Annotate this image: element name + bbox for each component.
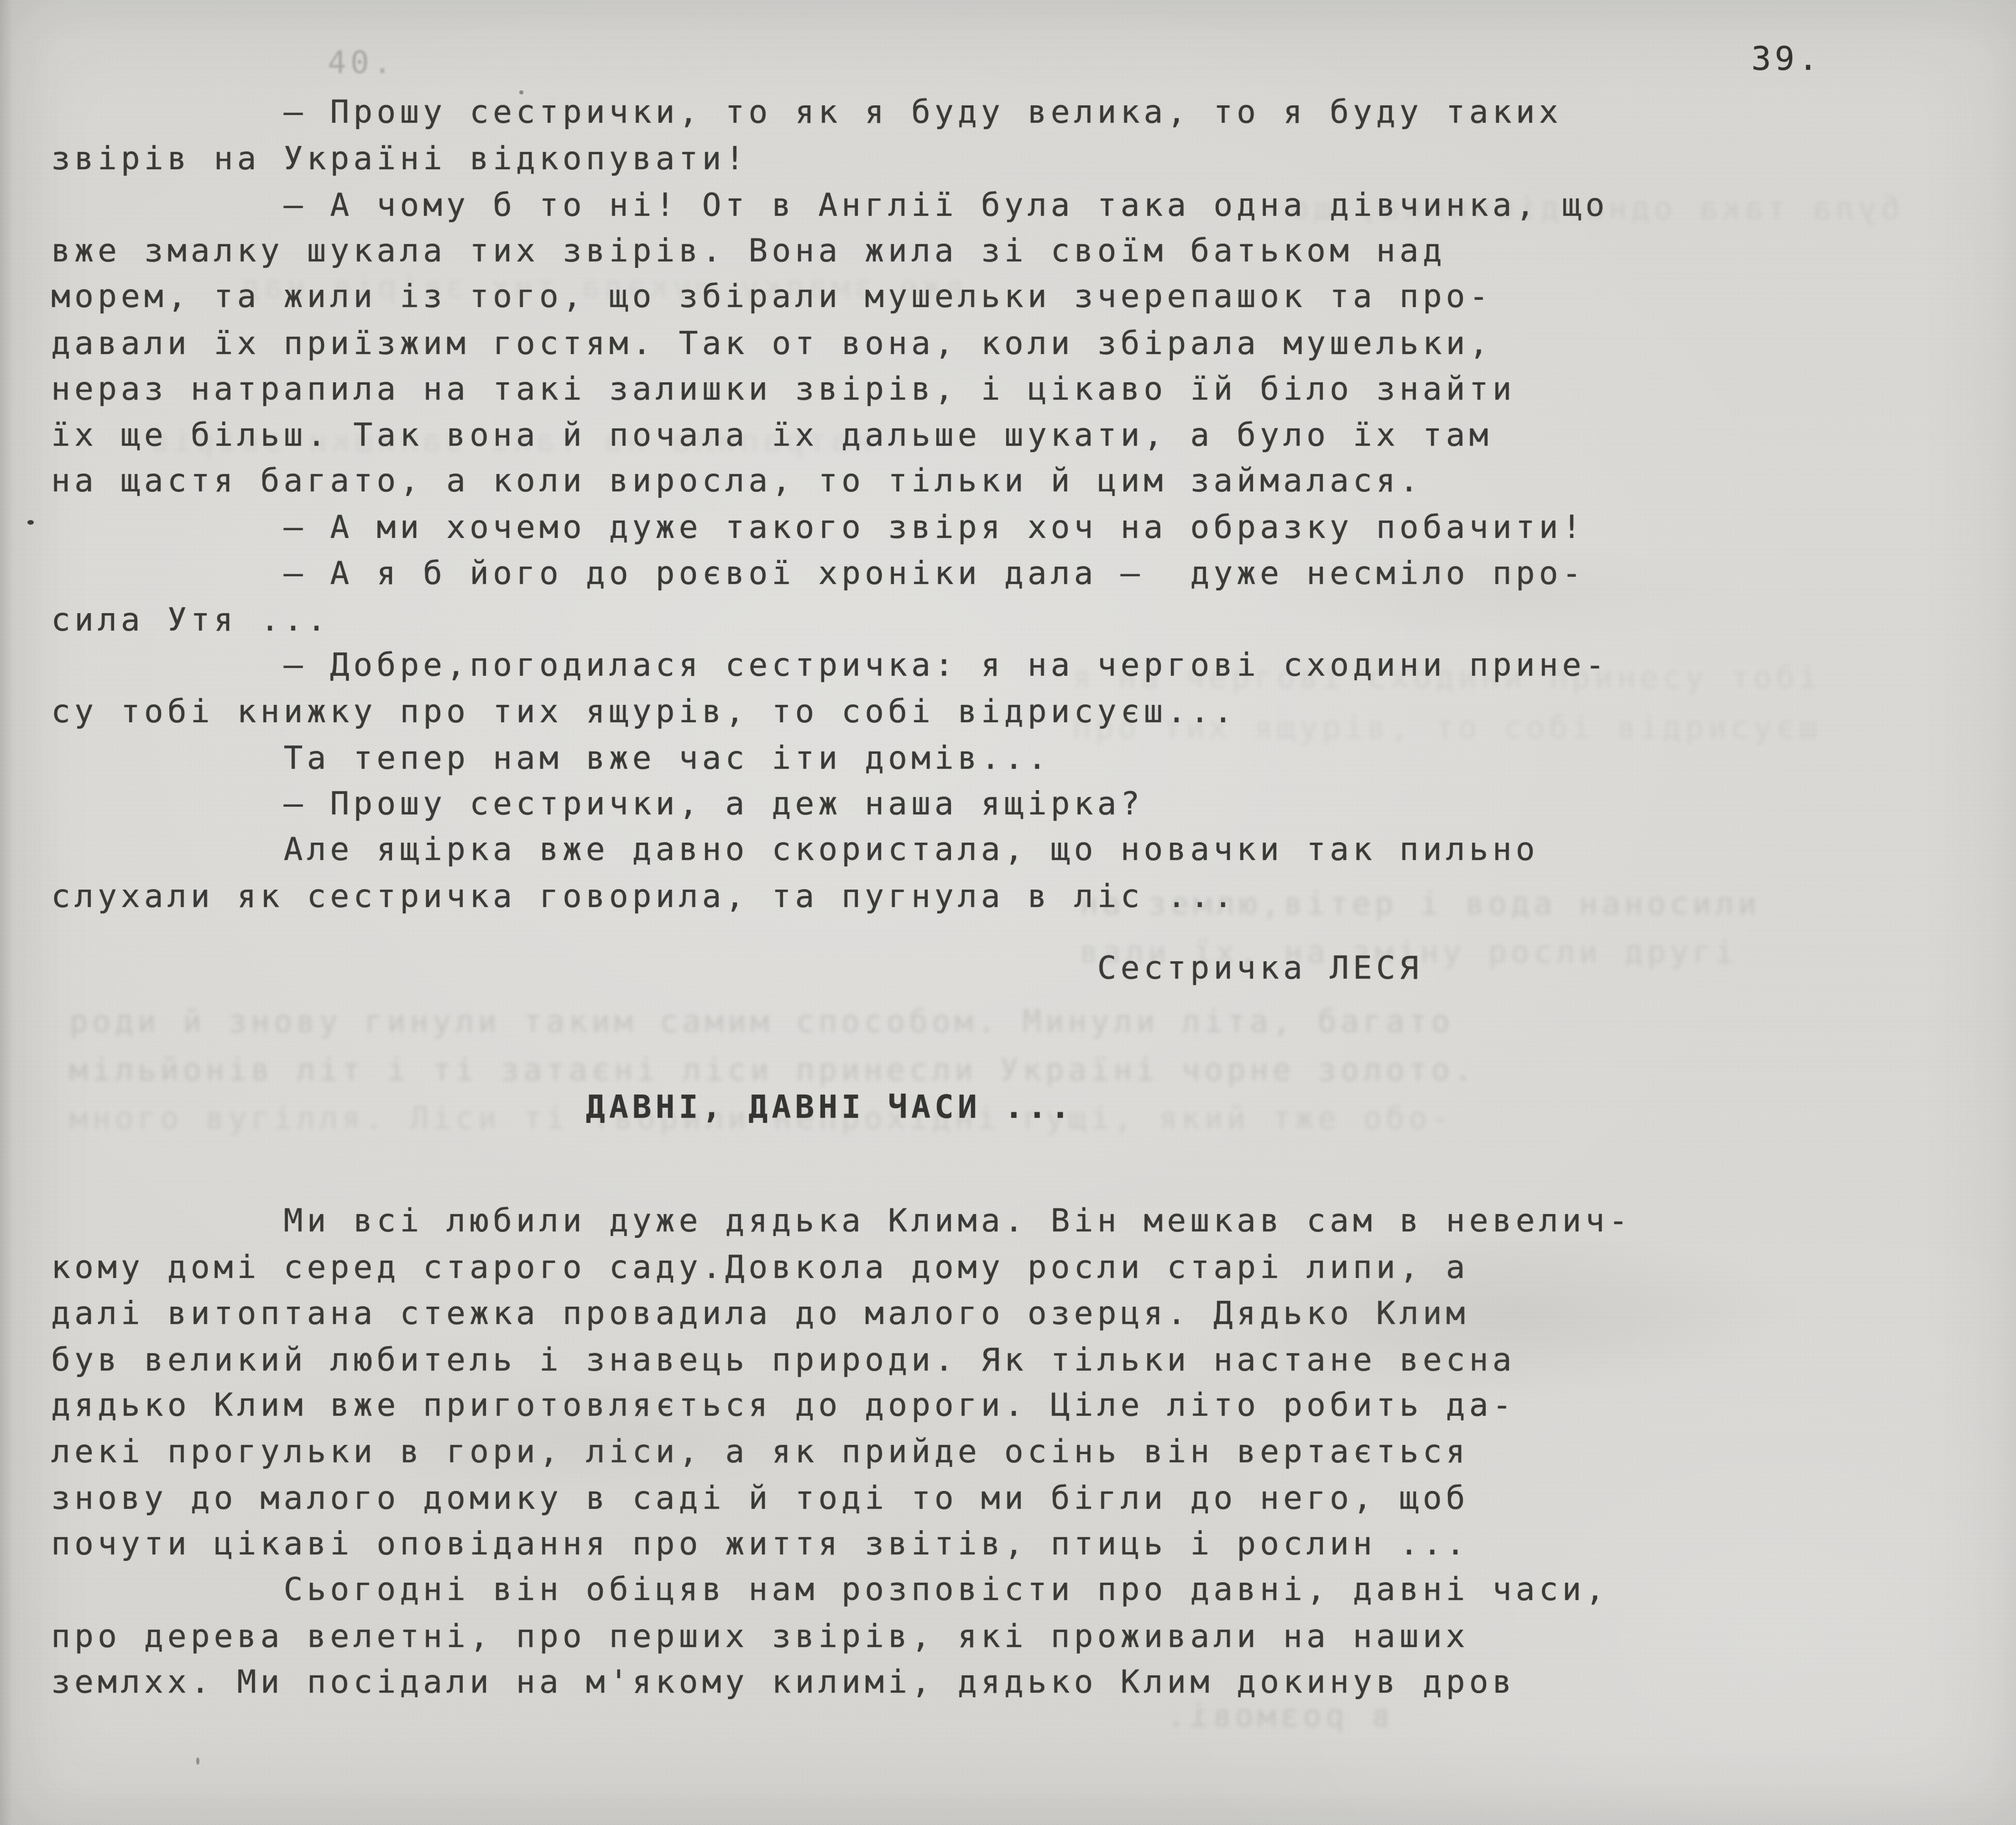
typed-line: – Прошу сестрички, то як я буду велика, … — [51, 89, 1630, 135]
typed-line: – А чому б то ні! От в Англії була така … — [51, 182, 1630, 228]
typed-line: сила Утя ... — [51, 597, 1630, 643]
typed-line: був великий любитель і знавець природи. … — [51, 1337, 1630, 1383]
document-page: 39. – Прошу сестрички, то як я буду вели… — [0, 0, 2016, 1825]
typed-line: – А я б його до роєвої хроніки дала – ду… — [51, 550, 1630, 596]
typed-line: далі витоптана стежка провадила до малог… — [51, 1290, 1630, 1336]
scan-speck — [27, 520, 34, 525]
scan-edge-shadow — [0, 0, 13, 1825]
scan-speck — [196, 1757, 199, 1765]
page-number: 39. — [1751, 39, 1822, 78]
typed-line: про дерева велетні, про перших звірів, я… — [51, 1613, 1630, 1659]
typed-line: Ми всі любили дуже дядька Клима. Він меш… — [51, 1198, 1630, 1244]
bleedthrough-text: 40. — [328, 47, 396, 78]
typed-line: вже змалку шукала тих звірів. Вона жила … — [51, 228, 1630, 274]
typed-line: землхх. Ми посідали на м'якому килимі, д… — [51, 1659, 1630, 1705]
typed-line: слухали як сестричка говорила, та пугнул… — [51, 873, 1630, 919]
typed-line: Сьогодні він обіцяв нам розповісти про д… — [51, 1566, 1630, 1612]
typed-line: знову до малого домику в саді й тоді то … — [51, 1475, 1630, 1521]
typed-line: дядько Клим вже приготовляється до дорог… — [51, 1382, 1630, 1428]
typed-line: їх ще більш. Так вона й почала їх дальше… — [51, 412, 1630, 458]
typed-line: звірів на Україні відкопувати! — [51, 136, 1630, 182]
typed-line: – Добре,погодилася сестричка: я на черго… — [51, 642, 1630, 688]
typed-line: лекі прогульки в гори, ліси, а як прийде… — [51, 1429, 1630, 1475]
typed-line: Та тепер нам вже час іти домів... — [51, 735, 1630, 781]
bleedthrough-text: в розмові. — [1163, 1701, 1389, 1732]
typed-block: – Прошу сестрички, то як я буду велика, … — [51, 89, 1630, 1705]
typed-line: давали їх приїзжим гостям. Так от вона, … — [51, 320, 1630, 366]
section-heading: ДАВНІ, ДАВНІ ЧАСИ ... — [51, 1084, 1630, 1130]
typed-line: почути цікаві оповідання про життя звіті… — [51, 1521, 1630, 1567]
author-signature: Сестричка ЛЕСЯ — [51, 945, 1630, 991]
typed-line: – Прошу сестрички, а деж наша ящірка? — [51, 781, 1630, 827]
typed-line: Але ящірка вже давно скористала, що нова… — [51, 826, 1630, 872]
typed-line: нераз натрапила на такі залишки звірів, … — [51, 366, 1630, 412]
typed-line: кому домі серед старого саду.Довкола дом… — [51, 1244, 1630, 1290]
typed-line: су тобі книжку про тих ящурів, то собі в… — [51, 688, 1630, 735]
typed-line: – А ми хочемо дуже такого звіря хоч на о… — [51, 504, 1630, 550]
typed-line: морем, та жили із того, що збірали мушел… — [51, 273, 1630, 319]
typed-line: на щастя багато, а коли виросла, то тіль… — [51, 458, 1630, 504]
